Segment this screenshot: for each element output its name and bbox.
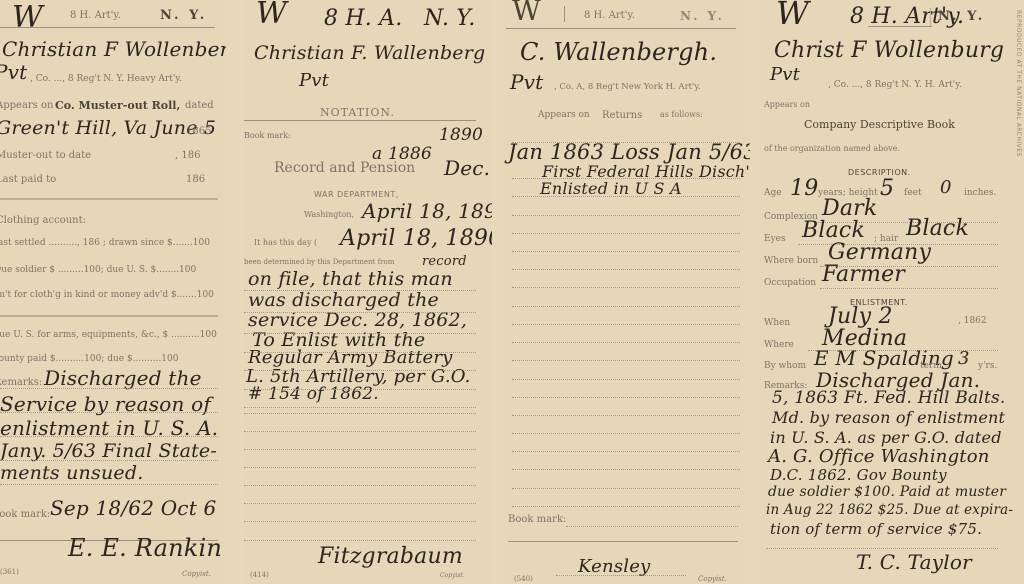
- state-header: N. Y.: [424, 6, 476, 31]
- regiment-header: 8 H. Art'y.: [70, 10, 121, 21]
- national-archives-stamp: REPRODUCED AT THE NATIONAL ARCHIVES: [1015, 10, 1022, 157]
- age-label: Age: [764, 188, 782, 198]
- muster-out-roll-card: W 8 H. Art'y. N. Y. Christian F Wollenbe…: [0, 0, 226, 584]
- eyes-label: Eyes: [764, 234, 786, 244]
- dated-label: dated: [185, 100, 214, 111]
- form-number: (414): [250, 571, 269, 579]
- soldier-rank: Pvt: [0, 60, 27, 84]
- copyist-signature: T. C. Taylor: [856, 550, 972, 574]
- returns-title: Returns: [602, 110, 642, 121]
- soldier-rank: Pvt: [510, 70, 543, 94]
- book-mark-year: 1890: [439, 125, 483, 145]
- appears-on-label: Appears on: [764, 100, 810, 109]
- remarks-line-2: 5, 1863 Ft. Fed. Hill Balts.: [772, 388, 1006, 408]
- book-mark-label: Book mark:: [0, 509, 50, 520]
- copyist-label: Copyist.: [440, 572, 465, 579]
- last-settled-line: Last settled .........., 186 ; drawn sin…: [0, 238, 210, 248]
- height-feet: 5: [880, 176, 894, 201]
- as-follows-label: as follows:: [660, 110, 703, 119]
- last-paid-label: Last paid to: [0, 174, 56, 185]
- form-number: (361): [0, 568, 19, 576]
- hair-value: Black: [906, 216, 969, 241]
- determined-label: been determined by this Department from: [244, 258, 394, 266]
- soldier-name: Christian F Wollenberg: [2, 37, 226, 61]
- body-line-1: on file, that this man: [248, 268, 453, 290]
- copyist-label: Copyist.: [182, 570, 211, 578]
- copyist-signature: Fitzgrabaum: [318, 544, 463, 569]
- washington-label: Washington,: [304, 210, 354, 219]
- state-header: N. Y.: [160, 8, 207, 23]
- body-line-2: was discharged the: [248, 289, 439, 311]
- record-pension-hand: Dec.: [444, 156, 490, 180]
- body-line-7: # 154 of 1862.: [248, 384, 379, 404]
- feet-label: feet: [904, 188, 922, 198]
- remarks-line-9: tion of term of service $75.: [770, 520, 982, 538]
- remarks-line-7: due soldier $100. Paid at muster: [768, 484, 1006, 500]
- notation-title: NOTATION.: [320, 106, 395, 119]
- bounty-line: Bounty paid $..........100; due $.......…: [0, 354, 178, 364]
- dated-value: Green't Hill, Va June 5: [0, 117, 216, 139]
- book-mark-label: Book mark:: [508, 514, 566, 525]
- copyist-signature: Kensley: [578, 556, 650, 577]
- book-mark-label: Book mark:: [244, 131, 291, 140]
- state-header: N. Y.: [680, 9, 725, 23]
- when-label: When: [764, 318, 790, 328]
- occupation-value: Farmer: [822, 262, 905, 287]
- soldier-name: C. Wallenbergh.: [520, 38, 717, 66]
- book-title: Company Descriptive Book: [804, 118, 955, 131]
- due-soldier-line: Due soldier $ .........100; due U. S. $.…: [0, 265, 196, 275]
- unit-line: , Co. A, 8 Reg't New York H. Art'y.: [554, 82, 701, 92]
- remarks-line-8: in Aug 22 1862 $25. Due at expira-: [766, 502, 1013, 518]
- muster-out-label: Muster-out to date: [0, 150, 91, 161]
- remarks-label: Remarks:: [0, 377, 42, 388]
- age-value: 19: [790, 176, 818, 201]
- book-mark-value: Sep 18/62 Oct 6: [50, 496, 216, 520]
- soldier-name: Christian F. Wallenberg: [254, 42, 485, 64]
- determined-source: record: [422, 254, 467, 269]
- organization-note: of the organization named above.: [764, 144, 900, 153]
- muster-out-year: , 186: [175, 150, 200, 161]
- washington-date: April 18, 1890: [362, 199, 492, 223]
- card-initial: W: [256, 0, 287, 31]
- card-initial: W: [512, 0, 541, 27]
- soldier-name: Christ F Wollenburg: [774, 38, 1004, 63]
- record-and-pension: Record and Pension: [274, 160, 415, 176]
- it-has-label: It has this day (: [254, 238, 317, 247]
- copyist-signature: E. E. Rankin: [68, 534, 222, 562]
- due-us-arms-line: Due U. S. for arms, equipments, &c., $ .…: [0, 330, 217, 340]
- regiment-header: 8 H. A.: [324, 6, 402, 31]
- by-whom-label: By whom: [764, 361, 806, 371]
- return-entry-1: Jan 1863 Loss Jan 5/63: [508, 140, 750, 164]
- clothing-account-label: Clothing account:: [0, 215, 86, 226]
- state-header: N. Y.: [938, 9, 985, 24]
- unit-line: , Co. ..., 8 Reg't N. Y. H. Art'y.: [828, 80, 962, 90]
- war-department: WAR DEPARTMENT,: [314, 190, 399, 199]
- clothing-advance-line: Am't for cloth'g in kind or money adv'd …: [0, 290, 214, 300]
- card-initial: W: [776, 0, 809, 32]
- it-has-date: April 18, 1890: [340, 226, 492, 251]
- form-number: (540): [514, 575, 533, 583]
- returns-card: W 8 H. Art'y. N. Y. C. Wallenbergh. Pvt …: [502, 0, 750, 584]
- inches-label: inches.: [964, 188, 996, 198]
- copyist-label: Copyist.: [698, 575, 727, 583]
- remarks-line-6: D.C. 1862. Gov Bounty: [770, 466, 947, 484]
- last-paid-year: 186: [186, 174, 205, 185]
- height-inches: 0: [940, 177, 952, 198]
- roll-title: Co. Muster-out Roll,: [55, 99, 180, 112]
- remarks-line-5: ments unsued.: [0, 462, 143, 484]
- unit-line: , Co. ..., 8 Reg't N. Y. Heavy Art'y.: [30, 74, 182, 84]
- regiment-header: 8 H. Art'y.: [584, 10, 635, 21]
- when-year: , 1862: [958, 316, 987, 326]
- appears-on-label: Appears on: [538, 110, 590, 120]
- term-value: 3: [958, 348, 970, 369]
- dated-year: 1865: [186, 126, 211, 137]
- soldier-rank: Pvt: [299, 70, 329, 91]
- remarks-line-5: A. G. Office Washington: [768, 446, 990, 467]
- descriptive-book-card: W 8 H. Art'y. N. Y. Christ F Wollenburg …: [758, 0, 1024, 584]
- where-born-label: Where born: [764, 256, 818, 266]
- where-label: Where: [764, 340, 794, 350]
- body-line-5: Regular Army Battery: [248, 347, 453, 368]
- occupation-label: Occupation: [764, 278, 816, 288]
- soldier-rank: Pvt: [770, 64, 800, 85]
- term-unit: y'rs.: [978, 361, 997, 371]
- notation-card: W 8 H. A. N. Y. Christian F. Wallenberg …: [244, 0, 492, 584]
- appears-on-label: Appears on: [0, 100, 53, 111]
- remarks-line-4: in U. S. A. as per G.O. dated: [770, 428, 1002, 447]
- remarks-line-3: Md. by reason of enlistment: [772, 408, 1005, 427]
- remarks-line-1: Discharged the: [44, 366, 202, 390]
- remarks-line-4: Jany. 5/63 Final State-: [0, 440, 217, 462]
- card-initial: W: [12, 0, 43, 35]
